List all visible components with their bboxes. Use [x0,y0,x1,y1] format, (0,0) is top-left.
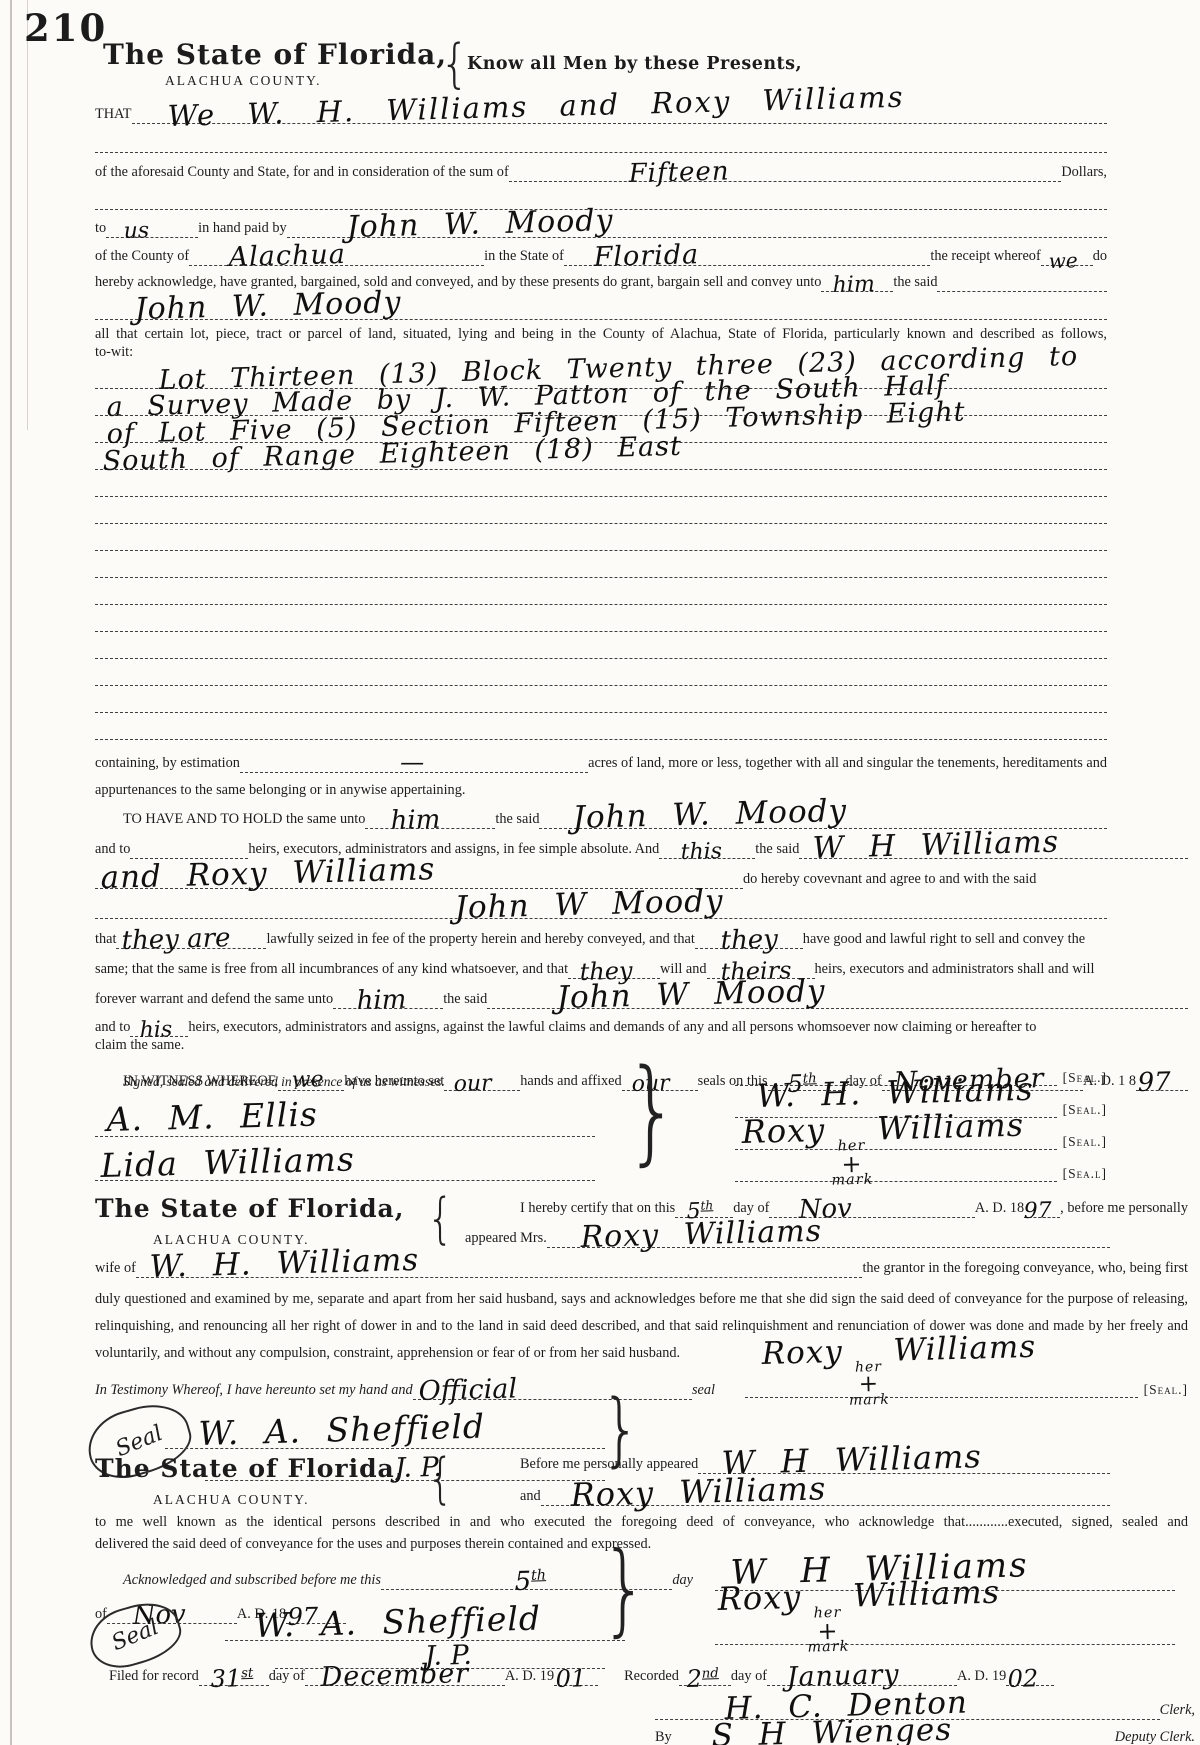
appeared-line: appeared Mrs. Roxy Williams [465,1224,1110,1248]
form-header: The State of Florida, ALACHUA COUNTY. { … [95,38,1107,94]
header-brace: { [440,37,469,90]
appurtenances-clause: appurtenances to the same belonging or i… [95,773,1107,800]
consideration-line: of the aforesaid County and State, for a… [95,153,1107,182]
year-handwriting: 97 [1137,1069,1171,1096]
and-line: and Roxy Williams [520,1484,1110,1506]
that-label: THAT [95,106,132,124]
seal-stamp-text-2: Seal [108,1614,162,1655]
claim-clause: claim the same. [95,1037,1107,1059]
and-to-label-2: and to [95,1019,130,1037]
scan-edge-line-2 [27,0,28,430]
dower-year-handwriting: 97 [1024,1200,1053,1223]
do-label: do [1093,248,1107,266]
filed-ad-label: A. D. 19 [505,1668,554,1686]
state-title: The State of Florida, [103,38,447,71]
blank-form-line [95,605,1107,632]
certify-post-label: , before me personally [1060,1200,1188,1218]
testimony-label: In Testimony Whereof, I have hereunto se… [95,1382,413,1400]
witness-sig-line-1: A. M. Ellis [95,1136,595,1137]
witness-sig-line-2: Lida Williams [95,1180,595,1181]
and-label: and [520,1488,541,1506]
habendum-label: TO HAVE AND TO HOLD the same unto [123,811,365,829]
filed-label: Filed for record [109,1668,199,1686]
county-caption: ALACHUA COUNTY. [165,73,447,89]
official-handwriting: Official [418,1375,517,1405]
covenant-clause: do hereby covevnant and agree to and wit… [743,871,1036,889]
certify-label: I hereby certify that on this [520,1200,675,1218]
dower-roxy-sig-line: Roxyher+markWilliams [Seal.] [745,1368,1188,1398]
dollars-label: Dollars, [1061,164,1107,182]
grantor-clause: the grantor in the foregoing conveyance,… [862,1260,1188,1278]
ack-day-handwriting: 5th [514,1568,546,1595]
defend-clause: heirs, executors, administrators and ass… [188,1019,1036,1037]
appeared-handwriting: Roxy Williams [580,1217,822,1253]
blank-form-line [95,578,1107,605]
witness-brace: } [625,1054,680,1168]
ack-grantor2-signature-with-mark: Roxyher+markWilliams [717,1575,1001,1648]
recorded-ad-label: A. D. 19 [957,1668,1006,1686]
covenant-line: and Roxy Williams do hereby covevnant an… [95,859,1107,889]
that-line: THAT We W. H. Williams and Roxy Williams [95,94,1107,124]
ack-county-caption: ALACHUA COUNTY. [153,1492,310,1508]
witness2-signature: Lida Williams [100,1142,355,1182]
and-handwriting: Roxy Williams [570,1472,827,1511]
recorded-label: Recorded [624,1668,679,1686]
blank-form-line [95,497,1107,524]
covenant-grantee-line: John W Moody [95,889,1107,919]
seized-clause: lawfully seized in fee of the property h… [266,931,694,949]
blank-form-line [95,470,1107,497]
dower-roxy-signature: Roxyher+markWilliams [761,1332,1037,1401]
warrant-line: forever warrant and defend the same unto… [95,979,1188,1009]
to-label: to [95,220,106,238]
filed-year-handwriting: 01 [555,1666,586,1691]
defend-line: and to his heirs, executors, administrat… [95,1009,1188,1037]
wife-of-label: wife of [95,1260,136,1278]
seal-label-3: [Seal.] [1057,1134,1107,1150]
witness1-signature: A. M. Ellis [106,1097,318,1136]
wife-fill: W. H. Williams [136,1274,863,1278]
grantor-acknowledgment-section: The State of Florida, ALACHUA COUNTY. { … [95,1448,1188,1660]
ack-caption-brace: { [427,1452,454,1507]
before-label: Before me personally appeared [520,1456,698,1474]
wife-line: wife of W. H. Williams the grantor in th… [95,1254,1188,1278]
containing-post-label: acres of land, more or less, together wi… [588,755,1107,773]
dower-ad-label: A. D. 18 [975,1200,1024,1218]
dower-seal-label: [Seal.] [1138,1382,1188,1398]
witness-caption: Signed, sealed and delivered in presence… [123,1074,445,1091]
dotted-line [95,736,1107,740]
seal-label-2: [Seal.] [1057,1102,1107,1118]
witness-signature-block: Signed, sealed and delivered in presence… [95,1070,1107,1190]
seal-label-4: [Sea.l] [1057,1166,1107,1182]
ack-sig-line-2: Roxyher+markWilliams [715,1644,1175,1645]
his-handwriting: his [140,1019,173,1042]
certify-line: I hereby certify that on this 5th day of… [520,1194,1188,1218]
her-mark-stack-3: her+mark [806,1606,849,1655]
blank-form-line [95,686,1107,713]
blank-form-line [95,713,1107,740]
receipt-label: the receipt whereof [930,248,1040,266]
blank-form-line [95,524,1107,551]
free-line: same; that the same is free from all inc… [95,949,1188,979]
year-fill-line: 97 [1136,1087,1188,1091]
filed-year-fill: 01 [554,1682,598,1686]
right-clause: have good and lawful right to sell and c… [803,931,1085,949]
paid-by-line: to us in hand paid by John W. Moody [95,210,1107,238]
grantee-handwriting: John W. Moody [134,288,402,325]
consideration-label: of the aforesaid County and State, for a… [95,164,509,182]
official-fill: Official [413,1396,692,1400]
deed-record-page: 210 The State of Florida, ALACHUA COUNTY… [0,0,1200,1745]
dower-state-title: The State of Florida, [95,1194,404,1223]
recorded-day-of-label: day of [731,1668,767,1686]
filed-recorded-line: Filed for record 31st day of December A.… [95,1662,1188,1686]
deputy-clerk-signature: S H Wienges [711,1715,952,1745]
subscribed-label: Acknowledged and subscribed before me th… [123,1572,381,1590]
filed-day-handwriting: 31st [210,1666,253,1691]
dotted-line: Roxyher+markWilliams [745,1394,1138,1398]
seal-word-label: seal [692,1382,715,1400]
the-said-label-2: the said [495,811,539,829]
heirs-line: and to heirs, executors, administrators … [95,829,1188,859]
the-said-label-4: the said [443,991,487,1009]
deputy-clerk-line: By S H Wienges Deputy Clerk. [655,1720,1195,1745]
description-line-4: South of Range Eighteen (18) East [95,443,1107,470]
admin-clause: heirs, executors and administrators shal… [815,961,1095,979]
known-clause-line-1: to me well known as the identical person… [95,1514,1188,1532]
recording-footer: Filed for record 31st day of December A.… [95,1662,1188,1745]
acreage-fill-line: — [240,769,588,773]
ack-day-label: day [672,1572,693,1590]
dower-caption-brace: { [427,1192,454,1247]
know-all-men-motto: Know all Men by these Presents, [467,54,802,74]
acreage-dash-handwriting: — [400,750,424,774]
blank-form-line [95,124,1107,153]
her-mark-stack: her+mark [830,1140,873,1189]
and-fill: Roxy Williams [541,1502,1110,1506]
blank-form-line [95,659,1107,686]
ack-officer-signature: W. A. Sheffield [254,1602,541,1642]
dower-acknowledgment-section: The State of Florida, ALACHUA COUNTY. { … [95,1192,1188,1482]
filed-month-fill: December [305,1682,505,1686]
deed-section: The State of Florida, ALACHUA COUNTY. { … [95,38,1188,1091]
containing-line: containing, by estimation — acres of lan… [95,746,1107,773]
paid-by-label: in hand paid by [198,220,287,238]
warrant-clause: forever warrant and defend the same unto [95,991,333,1009]
ack-state-title: The State of Florida, [95,1454,404,1483]
filed-month-handwriting: December [320,1660,469,1691]
clerk-label: Clerk, [1160,1702,1195,1720]
grantee-fill-line: John W. Moody [95,316,1107,320]
state-of-label: in the State of [484,248,564,266]
grantee-line: John W. Moody [95,292,1107,320]
filed-day-of-label: day of [269,1668,305,1686]
deputy-clerk-label: Deputy Clerk. [1115,1729,1195,1745]
officer-signature: W. A. Sheffield [198,1410,485,1450]
blank-form-line [95,632,1107,659]
wife-handwriting: W. H. Williams [149,1245,419,1283]
dower-year-fill: 97 [1024,1214,1060,1218]
seal-label-1: [Seal.] [1057,1070,1107,1086]
appeared-label: appeared Mrs. [465,1230,547,1248]
appeared-fill: Roxy Williams [547,1244,1110,1248]
the-said-label-3: the said [755,841,799,859]
habendum-line: TO HAVE AND TO HOLD the same unto him th… [95,800,1107,829]
premises-clause: all that certain lot, piece, tract or pa… [95,326,1107,344]
grantor2-signature-with-mark: Roxyher+markWilliams [741,1109,1025,1182]
containing-label: containing, by estimation [95,755,240,773]
his-fill-line: his [130,1033,188,1037]
by-label: By [655,1729,672,1745]
header-caption: The State of Florida, ALACHUA COUNTY. [103,38,447,89]
and-to-label: and to [95,841,130,859]
county-state-line: of the County of Alachua in the State of… [95,238,1107,266]
the-said-label: the said [893,274,937,292]
seized-line: that they are lawfully seized in fee of … [95,919,1188,949]
free-clause: same; that the same is free from all inc… [95,961,568,979]
blank-form-line [95,551,1107,578]
ack-sig-brace: } [601,1539,648,1639]
county-of-label: of the County of [95,248,189,266]
filed-day-fill: 31st [199,1682,269,1686]
her-mark-stack-2: her+mark [848,1361,890,1409]
scan-edge-line [10,0,12,1745]
that-label-2: that [95,931,116,949]
